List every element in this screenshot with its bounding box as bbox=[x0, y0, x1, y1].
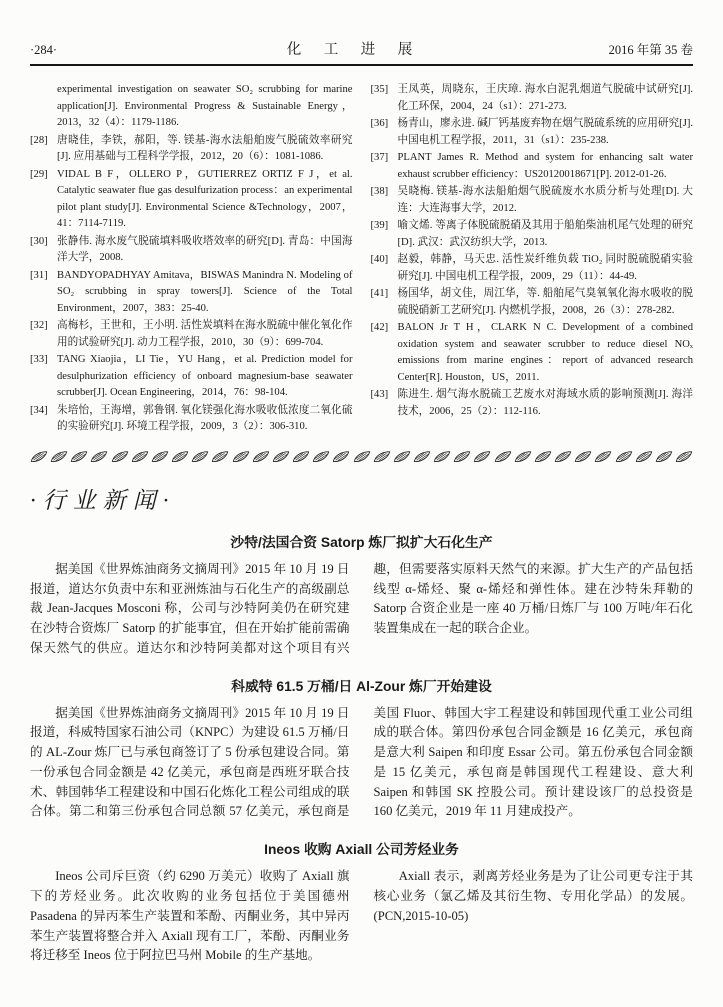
ref-text: 朱培怡，王海增，郭鲁钢. 氧化镁强化海水吸收低浓度二氧化硫的实验研究[J]. 环… bbox=[57, 403, 353, 436]
leaf-ornament-icon bbox=[131, 450, 149, 463]
reference-item: [41]杨国华，胡文佳，周江华，等. 船舶尾气臭氧氧化海水吸收的脱硫脱硝新工艺研… bbox=[371, 286, 694, 319]
reference-item: [40]赵毅，韩静，马天忠. 活性炭纤维负载 TiO₂ 同时脱硫脱硝实验研究[J… bbox=[371, 252, 694, 285]
leaf-ornament-icon bbox=[574, 450, 592, 463]
leaf-ornament-icon bbox=[30, 450, 48, 463]
leaf-ornament-icon bbox=[453, 450, 471, 463]
ref-number: [39] bbox=[371, 218, 398, 251]
ref-text: 赵毅，韩静，马天忠. 活性炭纤维负载 TiO₂ 同时脱硫脱硝实验研究[J]. 中… bbox=[398, 252, 694, 285]
ref-number: [34] bbox=[30, 403, 57, 436]
article-body: 据美国《世界炼油商务文摘周刊》2015 年 10 月 19 日报道，道达尔负责中… bbox=[30, 560, 693, 659]
leaf-ornament-icon bbox=[292, 450, 310, 463]
volume-info: 2016 年第 35 卷 bbox=[553, 40, 693, 58]
ref-text: 杨青山，廖永进. 碱厂钙基废弃物在烟气脱硫系统的应用研究[J]. 中国电机工程学… bbox=[398, 116, 694, 149]
leaf-ornament-icon bbox=[413, 450, 431, 463]
reference-item: [36]杨青山，廖永进. 碱厂钙基废弃物在烟气脱硫系统的应用研究[J]. 中国电… bbox=[371, 116, 694, 149]
leaf-ornament-icon bbox=[615, 450, 633, 463]
article-paragraph: 据美国《世界炼油商务文摘周刊》2015 年 10 月 19 日报道，科威特国家石… bbox=[30, 704, 693, 823]
article-body: Ineos 公司斥巨资（约 6290 万美元）收购了 Axiall 旗下的芳烃业… bbox=[30, 867, 693, 966]
ref-number: [30] bbox=[30, 234, 57, 267]
reference-item: [34]朱培怡，王海增，郭鲁钢. 氧化镁强化海水吸收低浓度二氧化硫的实验研究[J… bbox=[30, 403, 353, 436]
ref-text: 吴晓梅. 镁基-海水法船舶烟气脱硫废水水质分析与处理[D]. 大连：大连海事大学… bbox=[398, 184, 694, 217]
references-section: experimental investigation on seawater S… bbox=[30, 82, 693, 437]
journal-title: 化 工 进 展 bbox=[150, 38, 553, 59]
leaf-ornament-icon bbox=[151, 450, 169, 463]
ref-number: [31] bbox=[30, 268, 57, 318]
reference-item: [43]陈进生. 烟气海水脱硫工艺废水对海域水质的影响预测[J]. 海洋技术，2… bbox=[371, 387, 694, 420]
article-body: 据美国《世界炼油商务文摘周刊》2015 年 10 月 19 日报道，科威特国家石… bbox=[30, 704, 693, 823]
article-paragraph: Ineos 公司斥巨资（约 6290 万美元）收购了 Axiall 旗下的芳烃业… bbox=[30, 867, 350, 966]
references-right-column: [35]王凤英，周晓东，王庆璋. 海水白泥乳烟道气脱硫中试研究[J]. 化工环保… bbox=[371, 82, 694, 437]
leaf-ornament-icon bbox=[312, 450, 330, 463]
ref-number: [35] bbox=[371, 82, 398, 115]
leaf-ornament-icon bbox=[675, 450, 693, 463]
reference-item: [38]吴晓梅. 镁基-海水法船舶烟气脱硫废水水质分析与处理[D]. 大连：大连… bbox=[371, 184, 694, 217]
leaf-ornament-icon bbox=[494, 450, 512, 463]
leaf-ornament-icon bbox=[232, 450, 250, 463]
ref-text: 王凤英，周晓东，王庆璋. 海水白泥乳烟道气脱硫中试研究[J]. 化工环保，200… bbox=[398, 82, 694, 115]
ref-text: experimental investigation on seawater S… bbox=[57, 82, 353, 132]
ornament-divider bbox=[30, 449, 693, 464]
leaf-ornament-icon bbox=[171, 450, 189, 463]
ref-text: 陈进生. 烟气海水脱硫工艺废水对海域水质的影响预测[J]. 海洋技术，2006，… bbox=[398, 387, 694, 420]
ref-number: [40] bbox=[371, 252, 398, 285]
news-article-satorp: 沙特/法国合资 Satorp 炼厂拟扩大石化生产 据美国《世界炼油商务文摘周刊》… bbox=[30, 531, 693, 659]
ref-number: [33] bbox=[30, 352, 57, 402]
leaf-ornament-icon bbox=[111, 450, 129, 463]
references-left-column: experimental investigation on seawater S… bbox=[30, 82, 353, 437]
ref-number: [37] bbox=[371, 150, 398, 183]
reference-item: [33]TANG Xiaojia，LI Tie，YU Hang，et al. P… bbox=[30, 352, 353, 402]
reference-item: [42]BALON Jr T H，CLARK N C. Development … bbox=[371, 320, 694, 386]
ref-number: [32] bbox=[30, 318, 57, 351]
leaf-ornament-icon bbox=[90, 450, 108, 463]
leaf-ornament-icon bbox=[554, 450, 572, 463]
reference-item: [29]VIDAL B F，OLLERO P，GUTIERREZ ORTIZ F… bbox=[30, 167, 353, 233]
reference-item: [39]喻文烯. 等离子体脱硫脱硝及其用于船舶柴油机尾气处理的研究[D]. 武汉… bbox=[371, 218, 694, 251]
leaf-ornament-icon bbox=[191, 450, 209, 463]
leaf-ornament-icon bbox=[211, 450, 229, 463]
industry-news-label: ·行业新闻· bbox=[30, 482, 693, 515]
ref-text: BALON Jr T H，CLARK N C. Development of a… bbox=[398, 320, 694, 386]
leaf-ornament-icon bbox=[70, 450, 88, 463]
article-paragraph: Axiall 表示，剥离芳烃业务是为了让公司更专注于其核心业务（氯乙烯及其衍生物… bbox=[374, 867, 694, 926]
news-article-ineos: Ineos 收购 Axiall 公司芳烃业务 Ineos 公司斥巨资（约 629… bbox=[30, 838, 693, 966]
leaf-ornament-icon bbox=[534, 450, 552, 463]
leaf-ornament-icon bbox=[272, 450, 290, 463]
ref-text: 喻文烯. 等离子体脱硫脱硝及其用于船舶柴油机尾气处理的研究[D]. 武汉：武汉纺… bbox=[398, 218, 694, 251]
article-paragraph: 据美国《世界炼油商务文摘周刊》2015 年 10 月 19 日报道，道达尔负责中… bbox=[30, 560, 693, 659]
ref-text: TANG Xiaojia，LI Tie，YU Hang，et al. Predi… bbox=[57, 352, 353, 402]
ref-number: [43] bbox=[371, 387, 398, 420]
leaf-ornament-icon bbox=[373, 450, 391, 463]
ref-number bbox=[30, 82, 57, 132]
leaf-ornament-icon bbox=[252, 450, 270, 463]
reference-item: [30]张静伟. 海水废气脱硫填料吸收塔效率的研究[D]. 青岛：中国海洋大学，… bbox=[30, 234, 353, 267]
reference-item: [32]高梅杉，王世和，王小明. 活性炭填料在海水脱硫中催化氧化作用的试验研究[… bbox=[30, 318, 353, 351]
reference-item: [35]王凤英，周晓东，王庆璋. 海水白泥乳烟道气脱硫中试研究[J]. 化工环保… bbox=[371, 82, 694, 115]
reference-item: [37]PLANT James R. Method and system for… bbox=[371, 150, 694, 183]
page-header: ·284· 化 工 进 展 2016 年第 35 卷 bbox=[30, 38, 693, 66]
ref-number: [28] bbox=[30, 133, 57, 166]
ref-text: BANDYOPADHYAY Amitava，BISWAS Manindra N.… bbox=[57, 268, 353, 318]
article-title: Ineos 收购 Axiall 公司芳烃业务 bbox=[30, 838, 693, 858]
leaf-ornament-icon bbox=[50, 450, 68, 463]
journal-page: ·284· 化 工 进 展 2016 年第 35 卷 experimental … bbox=[0, 0, 723, 966]
leaf-ornament-icon bbox=[473, 450, 491, 463]
ref-text: 高梅杉，王世和，王小明. 活性炭填料在海水脱硫中催化氧化作用的试验研究[J]. … bbox=[57, 318, 353, 351]
news-article-alzour: 科威特 61.5 万桶/日 Al-Zour 炼厂开始建设 据美国《世界炼油商务文… bbox=[30, 675, 693, 823]
ref-number: [38] bbox=[371, 184, 398, 217]
ref-text: 杨国华，胡文佳，周江华，等. 船舶尾气臭氧氧化海水吸收的脱硫脱硝新工艺研究[J]… bbox=[398, 286, 694, 319]
article-title: 科威特 61.5 万桶/日 Al-Zour 炼厂开始建设 bbox=[30, 675, 693, 695]
reference-item: experimental investigation on seawater S… bbox=[30, 82, 353, 132]
leaf-ornament-icon bbox=[353, 450, 371, 463]
ref-number: [36] bbox=[371, 116, 398, 149]
ref-text: PLANT James R. Method and system for enh… bbox=[398, 150, 694, 183]
ref-text: 张静伟. 海水废气脱硫填料吸收塔效率的研究[D]. 青岛：中国海洋大学，2008… bbox=[57, 234, 353, 267]
page-number: ·284· bbox=[30, 43, 150, 58]
leaf-ornament-icon bbox=[594, 450, 612, 463]
article-title: 沙特/法国合资 Satorp 炼厂拟扩大石化生产 bbox=[30, 531, 693, 551]
ref-text: 唐晓佳，李铁，郝阳，等. 镁基-海水法船舶废气脱硫效率研究[J]. 应用基础与工… bbox=[57, 133, 353, 166]
ref-number: [41] bbox=[371, 286, 398, 319]
leaf-ornament-icon bbox=[393, 450, 411, 463]
leaf-ornament-icon bbox=[332, 450, 350, 463]
ref-number: [29] bbox=[30, 167, 57, 233]
reference-item: [28]唐晓佳，李铁，郝阳，等. 镁基-海水法船舶废气脱硫效率研究[J]. 应用… bbox=[30, 133, 353, 166]
leaf-ornament-icon bbox=[635, 450, 653, 463]
leaf-ornament-icon bbox=[433, 450, 451, 463]
leaf-ornament-icon bbox=[655, 450, 673, 463]
ref-text: VIDAL B F，OLLERO P，GUTIERREZ ORTIZ F J，e… bbox=[57, 167, 353, 233]
leaf-ornament-icon bbox=[514, 450, 532, 463]
ref-number: [42] bbox=[371, 320, 398, 386]
reference-item: [31]BANDYOPADHYAY Amitava，BISWAS Manindr… bbox=[30, 268, 353, 318]
